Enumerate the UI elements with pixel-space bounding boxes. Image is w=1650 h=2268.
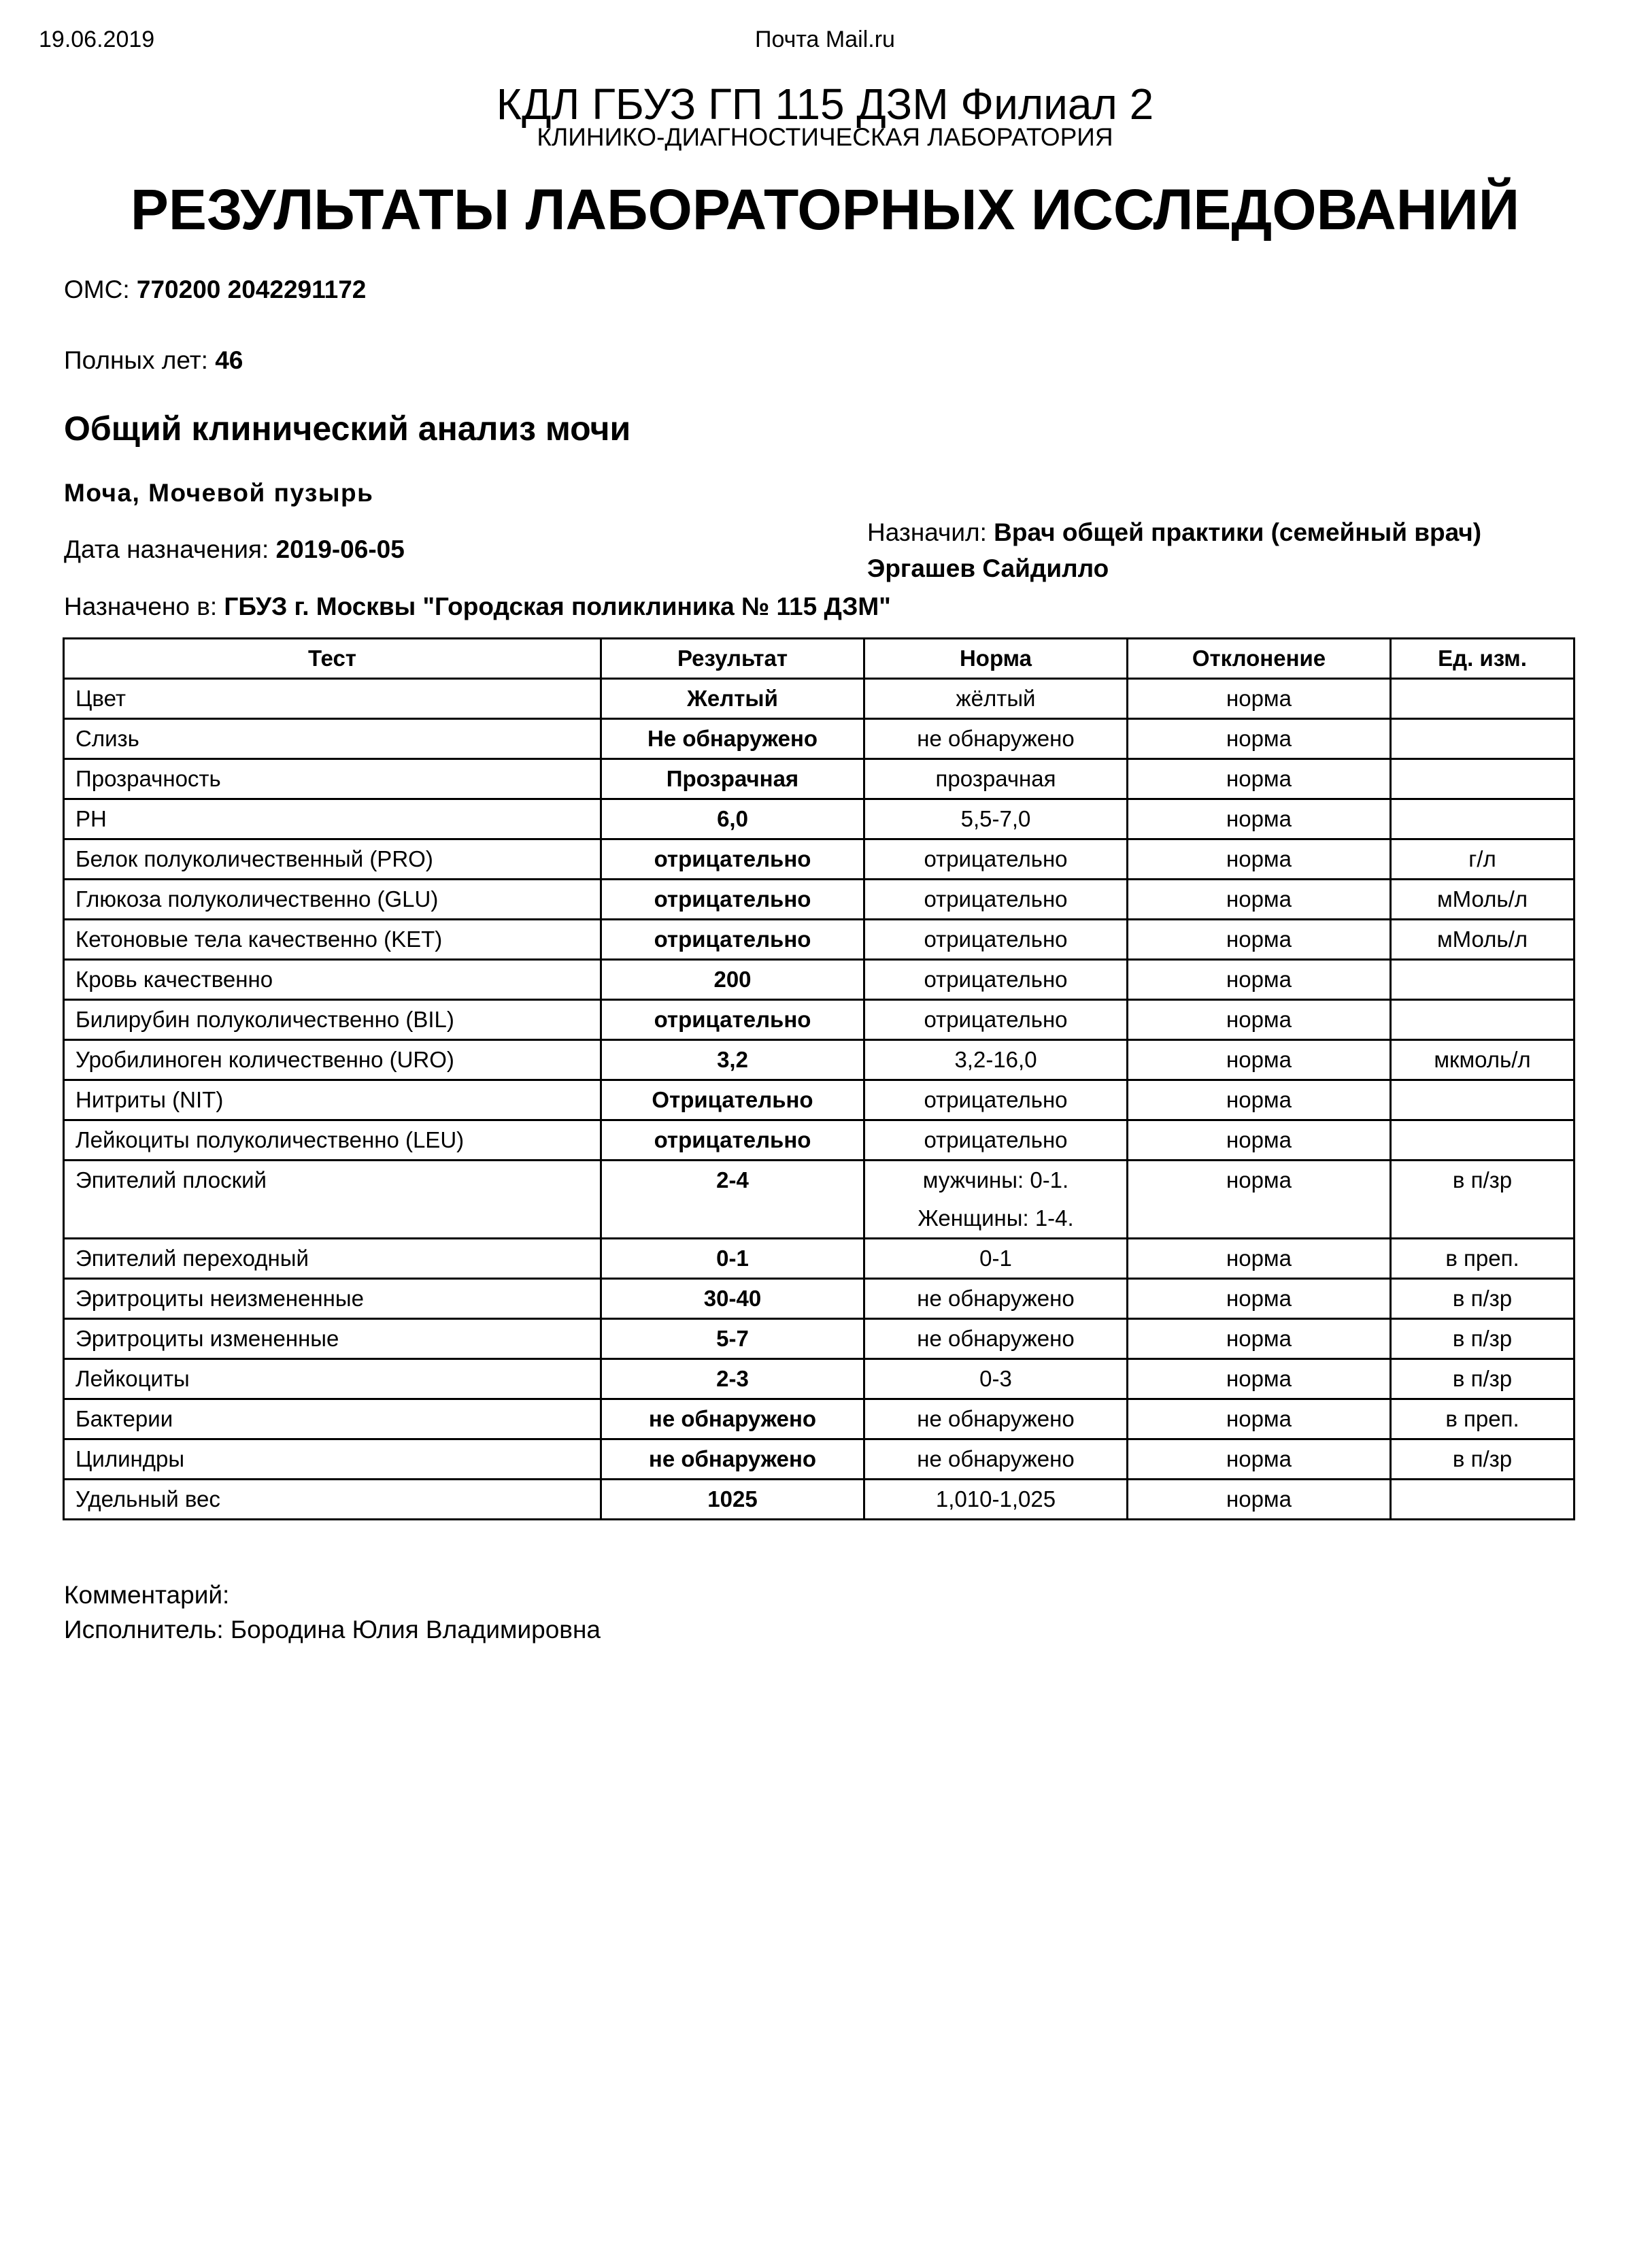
test-norm: отрицательно xyxy=(864,1120,1128,1161)
test-norm: 5,5-7,0 xyxy=(864,799,1128,839)
test-result: 200 xyxy=(601,960,864,1000)
test-name: Прозрачность xyxy=(64,759,601,799)
test-norm: отрицательно xyxy=(864,839,1128,880)
table-row: Эритроциты измененные5-7не обнаруженонор… xyxy=(64,1319,1575,1359)
test-unit: мМоль/л xyxy=(1391,880,1575,920)
assigned-in-field: Назначено в: ГБУЗ г. Москвы "Городская п… xyxy=(64,592,891,622)
table-row: Белок полуколичественный (PRO)отрицатель… xyxy=(64,839,1575,880)
table-row: Уробилиноген количественно (URO)3,23,2-1… xyxy=(64,1040,1575,1080)
test-name: Цвет xyxy=(64,679,601,719)
test-result: 3,2 xyxy=(601,1040,864,1080)
test-name: Уробилиноген количественно (URO) xyxy=(64,1040,601,1080)
test-deviation: норма xyxy=(1128,839,1391,880)
table-row: ЦветЖелтыйжёлтыйнорма xyxy=(64,679,1575,719)
executor-value: Бородина Юлия Владимировна xyxy=(231,1616,601,1644)
test-unit: в преп. xyxy=(1391,1399,1575,1439)
header-test: Тест xyxy=(64,639,601,679)
test-norm: 1,010-1,025 xyxy=(864,1480,1128,1520)
age-label: Полных лет: xyxy=(64,346,215,374)
test-norm: отрицательно xyxy=(864,1000,1128,1040)
test-result: не обнаружено xyxy=(601,1439,864,1480)
table-row: Эпителий переходный0-10-1нормав преп. xyxy=(64,1239,1575,1279)
test-deviation: норма xyxy=(1128,1000,1391,1040)
test-result: 30-40 xyxy=(601,1279,864,1319)
test-deviation: норма xyxy=(1128,1279,1391,1319)
test-name: PH xyxy=(64,799,601,839)
results-body: ЦветЖелтыйжёлтыйнормаСлизьНе обнаруженон… xyxy=(64,679,1575,1520)
test-name: Лейкоциты xyxy=(64,1359,601,1399)
test-deviation: норма xyxy=(1128,960,1391,1000)
test-deviation: норма xyxy=(1128,1239,1391,1279)
lab-subtitle: КЛИНИКО-ДИАГНОСТИЧЕСКАЯ ЛАБОРАТОРИЯ xyxy=(0,122,1650,152)
test-norm: отрицательно xyxy=(864,880,1128,920)
header-result: Результат xyxy=(601,639,864,679)
test-unit: г/л xyxy=(1391,839,1575,880)
table-row: Бактериине обнаруженоне обнаруженонормав… xyxy=(64,1399,1575,1439)
test-name: Слизь xyxy=(64,719,601,759)
test-name: Лейкоциты полуколичественно (LEU) xyxy=(64,1120,601,1161)
header-deviation: Отклонение xyxy=(1128,639,1391,679)
lab-name: КДЛ ГБУЗ ГП 115 ДЗМ Филиал 2 xyxy=(0,79,1650,129)
test-unit: в преп. xyxy=(1391,1239,1575,1279)
test-unit xyxy=(1391,1080,1575,1120)
test-unit xyxy=(1391,960,1575,1000)
test-unit: в п/зр xyxy=(1391,1319,1575,1359)
oms-label: ОМС: xyxy=(64,276,137,303)
comment-label: Комментарий: xyxy=(64,1581,229,1609)
results-table: Тест Результат Норма Отклонение Ед. изм.… xyxy=(63,637,1575,1520)
test-name: Эпителий переходный xyxy=(64,1239,601,1279)
test-unit: в п/зр xyxy=(1391,1359,1575,1399)
specimen: Моча, Мочевой пузырь xyxy=(64,478,373,508)
test-name: Кровь качественно xyxy=(64,960,601,1000)
age-value: 46 xyxy=(215,346,243,374)
age-field: Полных лет: 46 xyxy=(64,346,243,376)
test-norm: не обнаружено xyxy=(864,1279,1128,1319)
test-name: Эпителий плоский xyxy=(64,1161,601,1239)
table-row: Лейкоциты полуколичественно (LEU)отрицат… xyxy=(64,1120,1575,1161)
test-unit xyxy=(1391,1000,1575,1040)
test-norm: мужчины: 0-1. Женщины: 1-4. xyxy=(864,1161,1128,1239)
test-name: Глюкоза полуколичественно (GLU) xyxy=(64,880,601,920)
test-result: отрицательно xyxy=(601,1000,864,1040)
test-unit xyxy=(1391,799,1575,839)
test-deviation: норма xyxy=(1128,1319,1391,1359)
test-result: Желтый xyxy=(601,679,864,719)
test-unit: в п/зр xyxy=(1391,1439,1575,1480)
test-norm: отрицательно xyxy=(864,920,1128,960)
test-name: Нитриты (NIT) xyxy=(64,1080,601,1120)
test-deviation: норма xyxy=(1128,1480,1391,1520)
test-deviation: норма xyxy=(1128,679,1391,719)
test-norm: не обнаружено xyxy=(864,719,1128,759)
test-deviation: норма xyxy=(1128,799,1391,839)
test-name: Кетоновые тела качественно (KET) xyxy=(64,920,601,960)
table-row: Цилиндрыне обнаруженоне обнаруженонормав… xyxy=(64,1439,1575,1480)
test-unit: мкмоль/л xyxy=(1391,1040,1575,1080)
test-result: отрицательно xyxy=(601,1120,864,1161)
test-unit: в п/зр xyxy=(1391,1161,1575,1239)
test-result: 0-1 xyxy=(601,1239,864,1279)
table-row: СлизьНе обнаруженоне обнаруженонорма xyxy=(64,719,1575,759)
table-row: Лейкоциты2-30-3нормав п/зр xyxy=(64,1359,1575,1399)
assigned-by-name: Эргашев Сайдилло xyxy=(867,554,1109,584)
test-deviation: норма xyxy=(1128,719,1391,759)
test-deviation: норма xyxy=(1128,1161,1391,1239)
test-norm: отрицательно xyxy=(864,1080,1128,1120)
document-title: РЕЗУЛЬТАТЫ ЛАБОРАТОРНЫХ ИССЛЕДОВАНИЙ xyxy=(0,176,1650,243)
test-result: 6,0 xyxy=(601,799,864,839)
test-result: отрицательно xyxy=(601,920,864,960)
test-name: Бактерии xyxy=(64,1399,601,1439)
test-result: отрицательно xyxy=(601,880,864,920)
test-deviation: норма xyxy=(1128,1399,1391,1439)
header-norm: Норма xyxy=(864,639,1128,679)
test-norm: 0-1 xyxy=(864,1239,1128,1279)
oms-value: 770200 2042291172 xyxy=(137,276,366,303)
test-deviation: норма xyxy=(1128,1359,1391,1399)
oms-field: ОМС: 770200 2042291172 xyxy=(64,275,366,305)
test-unit xyxy=(1391,1120,1575,1161)
assigned-in-value: ГБУЗ г. Москвы "Городская поликлиника № … xyxy=(224,593,890,620)
test-norm: 0-3 xyxy=(864,1359,1128,1399)
test-norm: отрицательно xyxy=(864,960,1128,1000)
table-row: PH6,05,5-7,0норма xyxy=(64,799,1575,839)
test-deviation: норма xyxy=(1128,759,1391,799)
executor-field: Исполнитель: Бородина Юлия Владимировна xyxy=(64,1615,601,1645)
test-deviation: норма xyxy=(1128,1120,1391,1161)
test-result: отрицательно xyxy=(601,839,864,880)
test-deviation: норма xyxy=(1128,880,1391,920)
test-norm: не обнаружено xyxy=(864,1319,1128,1359)
table-row: Удельный вес10251,010-1,025норма xyxy=(64,1480,1575,1520)
comment-field: Комментарий: xyxy=(64,1580,229,1610)
date-assigned-value: 2019-06-05 xyxy=(276,535,405,563)
test-result: 2-3 xyxy=(601,1359,864,1399)
test-deviation: норма xyxy=(1128,920,1391,960)
test-result: 5-7 xyxy=(601,1319,864,1359)
test-name: Удельный вес xyxy=(64,1480,601,1520)
print-site-title: Почта Mail.ru xyxy=(0,26,1650,53)
test-unit: мМоль/л xyxy=(1391,920,1575,960)
table-row: Глюкоза полуколичественно (GLU)отрицател… xyxy=(64,880,1575,920)
table-row: Кровь качественно200отрицательнонорма xyxy=(64,960,1575,1000)
test-result: не обнаружено xyxy=(601,1399,864,1439)
assigned-by-label: Назначил: xyxy=(867,518,994,546)
test-norm: прозрачная xyxy=(864,759,1128,799)
table-row: Билирубин полуколичественно (BIL)отрицат… xyxy=(64,1000,1575,1040)
assigned-in-label: Назначено в: xyxy=(64,593,224,620)
test-result: 1025 xyxy=(601,1480,864,1520)
test-norm: 3,2-16,0 xyxy=(864,1040,1128,1080)
assigned-by-role: Врач общей практики (семейный врач) xyxy=(994,518,1481,546)
test-name: Цилиндры xyxy=(64,1439,601,1480)
test-result: Прозрачная xyxy=(601,759,864,799)
test-unit xyxy=(1391,1480,1575,1520)
executor-label: Исполнитель: xyxy=(64,1616,231,1644)
assigned-by-field: Назначил: Врач общей практики (семейный … xyxy=(867,518,1481,548)
test-unit xyxy=(1391,679,1575,719)
test-name: Эритроциты измененные xyxy=(64,1319,601,1359)
test-result: Не обнаружено xyxy=(601,719,864,759)
analysis-title: Общий клинический анализ мочи xyxy=(64,408,630,449)
table-row: Эритроциты неизмененные30-40не обнаружен… xyxy=(64,1279,1575,1319)
test-norm: не обнаружено xyxy=(864,1439,1128,1480)
table-row: Кетоновые тела качественно (KET)отрицате… xyxy=(64,920,1575,960)
date-assigned-label: Дата назначения: xyxy=(64,535,276,563)
test-name: Билирубин полуколичественно (BIL) xyxy=(64,1000,601,1040)
header-unit: Ед. изм. xyxy=(1391,639,1575,679)
table-row: ПрозрачностьПрозрачнаяпрозрачнаянорма xyxy=(64,759,1575,799)
test-deviation: норма xyxy=(1128,1040,1391,1080)
test-result: Отрицательно xyxy=(601,1080,864,1120)
test-norm: не обнаружено xyxy=(864,1399,1128,1439)
test-result: 2-4 xyxy=(601,1161,864,1239)
test-unit xyxy=(1391,719,1575,759)
date-assigned-field: Дата назначения: 2019-06-05 xyxy=(64,535,405,565)
test-deviation: норма xyxy=(1128,1080,1391,1120)
test-unit xyxy=(1391,759,1575,799)
test-name: Эритроциты неизмененные xyxy=(64,1279,601,1319)
test-deviation: норма xyxy=(1128,1439,1391,1480)
table-row: Эпителий плоский2-4мужчины: 0-1. Женщины… xyxy=(64,1161,1575,1239)
test-unit: в п/зр xyxy=(1391,1279,1575,1319)
table-header-row: Тест Результат Норма Отклонение Ед. изм. xyxy=(64,639,1575,679)
test-norm: жёлтый xyxy=(864,679,1128,719)
test-name: Белок полуколичественный (PRO) xyxy=(64,839,601,880)
table-row: Нитриты (NIT)Отрицательноотрицательнонор… xyxy=(64,1080,1575,1120)
